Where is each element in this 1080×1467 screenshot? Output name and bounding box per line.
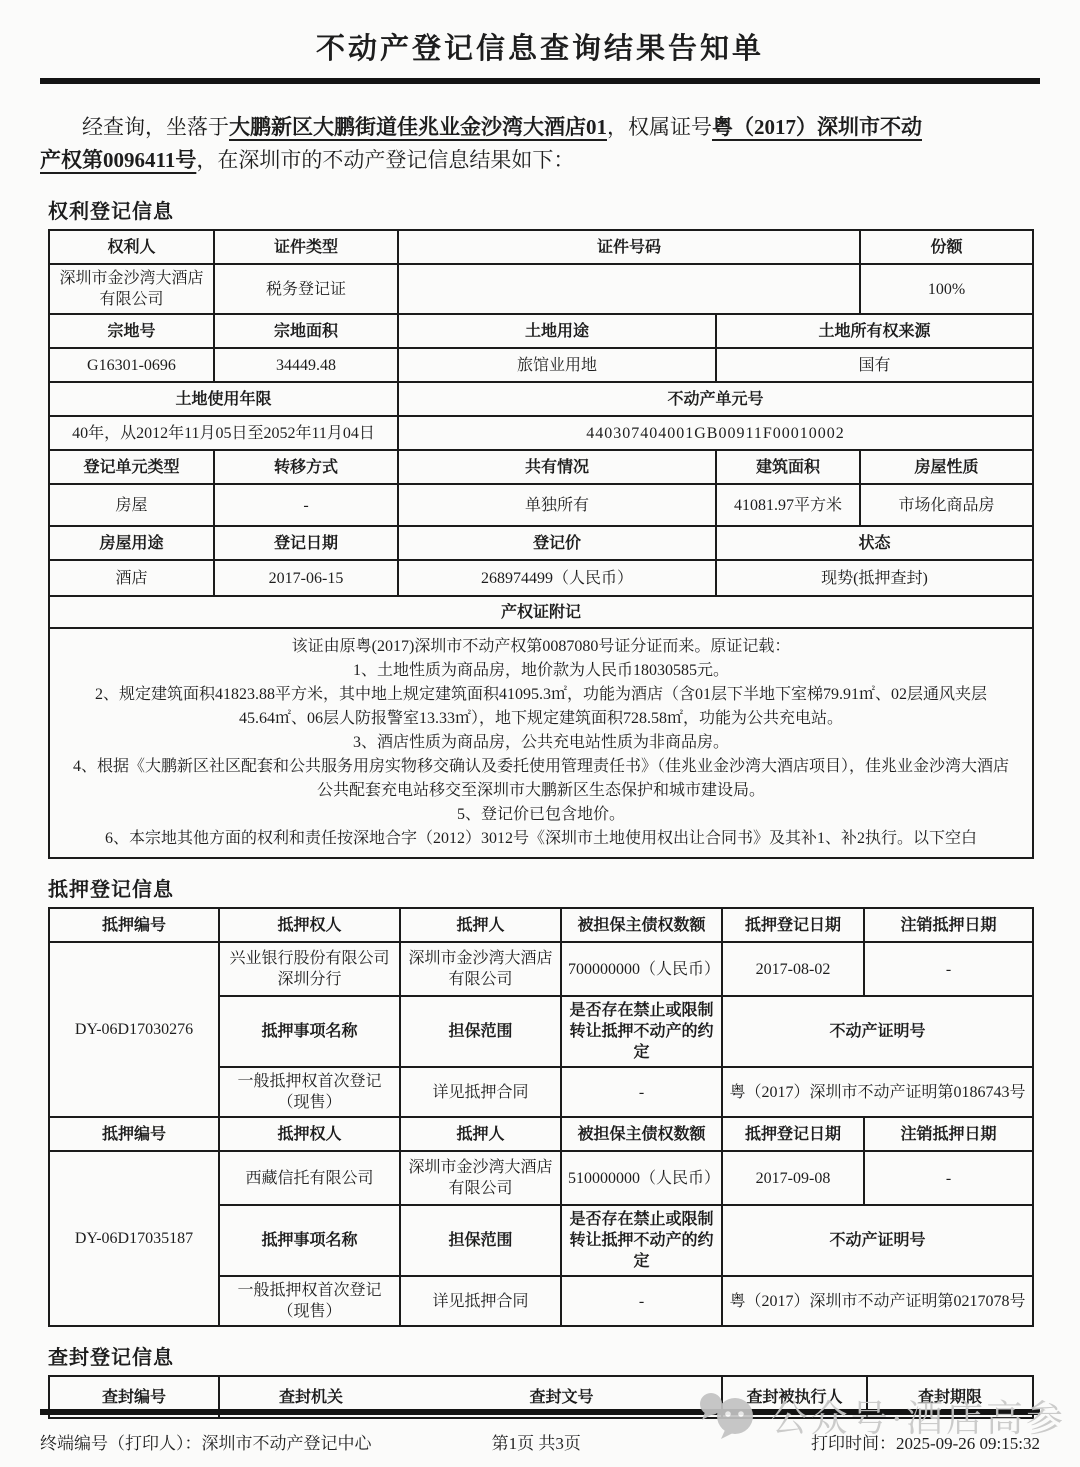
intro-paragraph: 经查询，坐落于大鹏新区大鹏街道佳兆业金沙湾大酒店01，权属证号粤（2017）深圳… (40, 111, 1040, 177)
cell-secured-amount: 510000000（人民币） (561, 1151, 722, 1205)
intro-line-2: 产权第0096411号，在深圳市的不动产登记信息结果如下： (40, 144, 1040, 177)
ownership-cert-number-part2: 产权第0096411号 (40, 148, 196, 172)
remark-line: 45.64㎡、06层人防报警室13.33㎡），地下规定建筑面积728.58㎡，功… (54, 707, 1028, 731)
intro-text: ，在深圳市的不动产登记信息结果如下： (196, 148, 574, 172)
cell-mortgage-item-name: 一般抵押权首次登记（现售） (219, 1067, 400, 1117)
cell-mortgage-reg-date: 2017-09-08 (722, 1151, 864, 1205)
remark-line: 1、土地性质为商品房，地价款为人民币18030585元。 (54, 659, 1028, 683)
cell-transfer-restriction: - (561, 1067, 722, 1117)
cell-transfer-mode: - (214, 484, 398, 526)
remark-line: 6、本宗地其他方面的权利和责任按深地合字（2012）3012号《深圳市土地使用权… (54, 827, 1028, 851)
col-header-unit-type: 登记单元类型 (49, 450, 214, 484)
col-header-cert-number: 证件号码 (398, 230, 860, 264)
cell-house-nature: 市场化商品房 (860, 484, 1033, 526)
cell-building-area: 41081.97平方米 (716, 484, 860, 526)
cell-reg-price: 268974499（人民币） (398, 560, 716, 596)
rights-header-row-1: 权利人 证件类型 证件号码 份额 (49, 230, 1033, 264)
document-page: 不动产登记信息查询结果告知单 经查询，坐落于大鹏新区大鹏街道佳兆业金沙湾大酒店0… (0, 0, 1080, 1467)
footer-page-number: 第1页 共3页 (492, 1429, 581, 1454)
cell-reg-date: 2017-06-15 (214, 560, 398, 596)
col-header-secured-amount: 被担保主债权数额 (561, 1117, 722, 1151)
col-header-co-ownership: 共有情况 (398, 450, 716, 484)
cell-mortgagee: 西藏信托有限公司 (219, 1151, 400, 1205)
rights-data-row-5: 酒店 2017-06-15 268974499（人民币） 现势(抵押查封) (49, 560, 1033, 596)
remark-body-cell: 该证由原粤(2017)深圳市不动产权第0087080号证分证而来。原证记载： 1… (49, 628, 1033, 858)
col-header-mortgage-item-name: 抵押事项名称 (219, 996, 400, 1067)
cell-land-use: 旅馆业用地 (398, 348, 716, 382)
rights-header-row-5: 房屋用途 登记日期 登记价 状态 (49, 526, 1033, 560)
cell-cert-number (398, 264, 860, 314)
rights-header-row-4: 登记单元类型 转移方式 共有情况 建筑面积 房屋性质 (49, 450, 1033, 484)
mortgage-header-row: 抵押编号 抵押权人 抵押人 被担保主债权数额 抵押登记日期 注销抵押日期 (49, 908, 1033, 942)
section-heading-mortgage: 抵押登记信息 (48, 873, 1040, 902)
col-header-mortgagee: 抵押权人 (219, 908, 400, 942)
cell-unit-number: 440307404001GB00911F00010002 (398, 416, 1033, 450)
intro-line-1: 经查询，坐落于大鹏新区大鹏街道佳兆业金沙湾大酒店01，权属证号粤（2017）深圳… (40, 111, 1040, 144)
col-header-status: 状态 (716, 526, 1033, 560)
col-header-mortgagor: 抵押人 (400, 908, 561, 942)
cell-house-use: 酒店 (49, 560, 214, 596)
rights-header-row-3: 土地使用年限 不动产单元号 (49, 382, 1033, 416)
col-header-land-ownership-source: 土地所有权来源 (716, 314, 1033, 348)
col-header-certificate-number: 不动产证明号 (722, 996, 1033, 1067)
cell-mortgagor: 深圳市金沙湾大酒店有限公司 (400, 942, 561, 996)
remark-line: 该证由原粤(2017)深圳市不动产权第0087080号证分证而来。原证记载： (54, 635, 1028, 659)
cell-co-ownership: 单独所有 (398, 484, 716, 526)
mortgage-data-row: DY-06D17030276 兴业银行股份有限公司深圳分行 深圳市金沙湾大酒店有… (49, 942, 1033, 996)
col-header-transfer-restriction: 是否存在禁止或限制转让抵押不动产的约定 (561, 996, 722, 1067)
footer-terminal-info: 终端编号（打印人）：深圳市不动产登记中心 (40, 1429, 372, 1454)
cell-share: 100% (860, 264, 1033, 314)
col-header-building-area: 建筑面积 (716, 450, 860, 484)
remark-line: 4、根据《大鹏新区社区配套和公共服务用房实物移交确认及委托使用管理责任书》（佳兆… (54, 755, 1028, 779)
mortgage-table: 抵押编号 抵押权人 抵押人 被担保主债权数额 抵押登记日期 注销抵押日期 DY-… (48, 907, 1034, 1327)
remark-line: 3、酒店性质为商品房，公共充电站性质为非商品房。 (54, 731, 1028, 755)
col-header-mortgage-item-name: 抵押事项名称 (219, 1205, 400, 1276)
col-header-mortgagor: 抵押人 (400, 1117, 561, 1151)
remark-line: 公共配套充电站移交至深圳市大鹏新区生态保护和城市建设局。 (54, 779, 1028, 803)
rights-header-row-2: 宗地号 宗地面积 土地用途 土地所有权来源 (49, 314, 1033, 348)
col-header-land-use: 土地用途 (398, 314, 716, 348)
col-header-transfer-mode: 转移方式 (214, 450, 398, 484)
remark-header: 产权证附记 (49, 596, 1033, 628)
cell-land-ownership-source: 国有 (716, 348, 1033, 382)
cell-status: 现势(抵押查封) (716, 560, 1033, 596)
cell-owner: 深圳市金沙湾大酒店有限公司 (49, 264, 214, 314)
mortgage-data-row: DY-06D17035187 西藏信托有限公司 深圳市金沙湾大酒店有限公司 51… (49, 1151, 1033, 1205)
cell-mortgage-id: DY-06D17035187 (49, 1151, 219, 1326)
cell-mortgage-id: DY-06D17030276 (49, 942, 219, 1117)
cell-mortgage-reg-date: 2017-08-02 (722, 942, 864, 996)
col-header-parcel-number: 宗地号 (49, 314, 214, 348)
rights-data-row-2: G16301-0696 34449.48 旅馆业用地 国有 (49, 348, 1033, 382)
col-header-unit-number: 不动产单元号 (398, 382, 1033, 416)
col-header-mortgage-id: 抵押编号 (49, 1117, 219, 1151)
cell-parcel-area: 34449.48 (214, 348, 398, 382)
cell-unit-type: 房屋 (49, 484, 214, 526)
col-header-mortgage-reg-date: 抵押登记日期 (722, 1117, 864, 1151)
col-header-house-nature: 房屋性质 (860, 450, 1033, 484)
remark-line: 2、规定建筑面积41823.88平方米，其中地上规定建筑面积41095.3㎡，功… (54, 683, 1028, 707)
col-header-secured-amount: 被担保主债权数额 (561, 908, 722, 942)
col-header-mortgage-id: 抵押编号 (49, 908, 219, 942)
col-header-cert-type: 证件类型 (214, 230, 398, 264)
title-divider (40, 78, 1040, 84)
col-header-mortgage-reg-date: 抵押登记日期 (722, 908, 864, 942)
cell-mortgage-cancel-date: - (864, 942, 1033, 996)
col-header-mortgage-cancel-date: 注销抵押日期 (864, 1117, 1033, 1151)
section-heading-seizure: 查封登记信息 (48, 1341, 1040, 1370)
rights-data-row-4: 房屋 - 单独所有 41081.97平方米 市场化商品房 (49, 484, 1033, 526)
col-header-house-use: 房屋用途 (49, 526, 214, 560)
col-header-reg-date: 登记日期 (214, 526, 398, 560)
cell-mortgage-cancel-date: - (864, 1151, 1033, 1205)
rights-data-row-1: 深圳市金沙湾大酒店有限公司 税务登记证 100% (49, 264, 1033, 314)
col-header-guarantee-scope: 担保范围 (400, 1205, 561, 1276)
section-heading-rights: 权利登记信息 (48, 195, 1040, 224)
cell-mortgage-item-name: 一般抵押权首次登记（现售） (219, 1276, 400, 1326)
col-header-parcel-area: 宗地面积 (214, 314, 398, 348)
cell-secured-amount: 700000000（人民币） (561, 942, 722, 996)
cell-cert-type: 税务登记证 (214, 264, 398, 314)
cell-guarantee-scope: 详见抵押合同 (400, 1276, 561, 1326)
footer-divider (40, 1409, 1040, 1415)
intro-text: 经查询，坐落于 (82, 115, 229, 139)
cell-certificate-number: 粤（2017）深圳市不动产证明第0217078号 (722, 1276, 1033, 1326)
cell-land-use-term: 40年，从2012年11月05日至2052年11月04日 (49, 416, 398, 450)
page-footer: 终端编号（打印人）：深圳市不动产登记中心 第1页 共3页 打印时间：2025-0… (40, 1429, 1040, 1454)
remark-line: 5、登记价已包含地价。 (54, 803, 1028, 827)
cell-parcel-number: G16301-0696 (49, 348, 214, 382)
col-header-mortgagee: 抵押权人 (219, 1117, 400, 1151)
page-title: 不动产登记信息查询结果告知单 (40, 26, 1040, 67)
cell-mortgagee: 兴业银行股份有限公司深圳分行 (219, 942, 400, 996)
remark-body-row: 该证由原粤(2017)深圳市不动产权第0087080号证分证而来。原证记载： 1… (49, 628, 1033, 858)
remark-header-row: 产权证附记 (49, 596, 1033, 628)
intro-text: ，权属证号 (607, 115, 712, 139)
cell-guarantee-scope: 详见抵押合同 (400, 1067, 561, 1117)
cell-mortgagor: 深圳市金沙湾大酒店有限公司 (400, 1151, 561, 1205)
col-header-mortgage-cancel-date: 注销抵押日期 (864, 908, 1033, 942)
rights-data-row-3: 40年，从2012年11月05日至2052年11月04日 44030740400… (49, 416, 1033, 450)
ownership-cert-number-part1: 粤（2017）深圳市不动 (712, 115, 922, 139)
footer-print-time: 打印时间：2025-09-26 09:15:32 (811, 1429, 1040, 1454)
cell-certificate-number: 粤（2017）深圳市不动产证明第0186743号 (722, 1067, 1033, 1117)
col-header-guarantee-scope: 担保范围 (400, 996, 561, 1067)
col-header-share: 份额 (860, 230, 1033, 264)
rights-table: 权利人 证件类型 证件号码 份额 深圳市金沙湾大酒店有限公司 税务登记证 100… (48, 229, 1034, 859)
mortgage-header-row: 抵押编号 抵押权人 抵押人 被担保主债权数额 抵押登记日期 注销抵押日期 (49, 1117, 1033, 1151)
col-header-transfer-restriction: 是否存在禁止或限制转让抵押不动产的约定 (561, 1205, 722, 1276)
col-header-certificate-number: 不动产证明号 (722, 1205, 1033, 1276)
col-header-land-use-term: 土地使用年限 (49, 382, 398, 416)
col-header-reg-price: 登记价 (398, 526, 716, 560)
cell-transfer-restriction: - (561, 1276, 722, 1326)
col-header-owner: 权利人 (49, 230, 214, 264)
property-location: 大鹏新区大鹏街道佳兆业金沙湾大酒店01 (229, 115, 607, 139)
